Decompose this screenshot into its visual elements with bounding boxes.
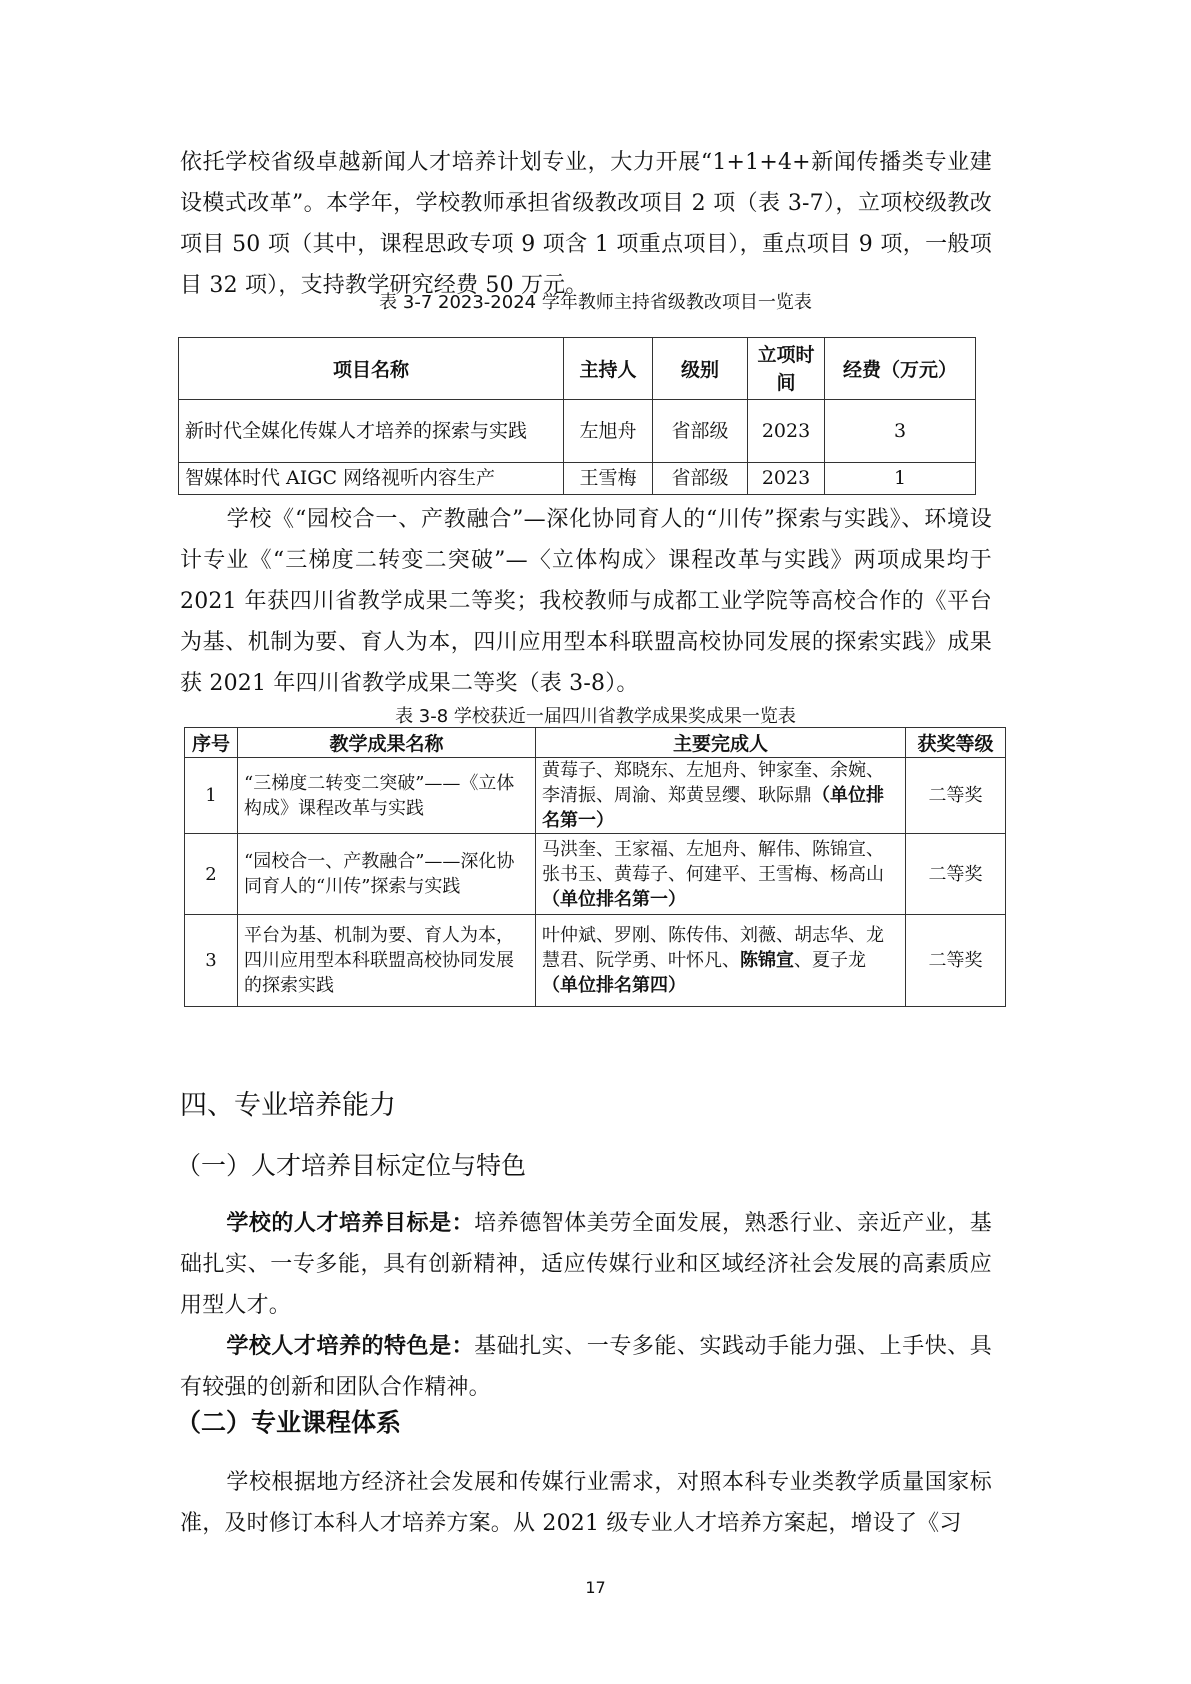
cell-number: 3 <box>185 915 238 1007</box>
table-3-8-caption: 表 3-8 学校获近一届四川省教学成果奖成果一览表 <box>0 702 1191 728</box>
table-3-7: 项目名称 主持人 级别 立项时间 经费（万元） 新时代全媒化传媒人才培养的探索与… <box>178 337 976 495</box>
cell-people: 马洪奎、王家福、左旭舟、解伟、陈锦宣、张书玉、黄莓子、何建平、王雪梅、杨高山（单… <box>536 834 906 915</box>
col-header-title: 教学成果名称 <box>238 728 536 758</box>
table-row: 1 “三梯度二转变二突破”——《立体构成》课程改革与实践 黄莓子、郑晓东、左旭舟… <box>185 758 1006 834</box>
table-header-row: 序号 教学成果名称 主要完成人 获奖等级 <box>185 728 1006 758</box>
cell-project-name: 新时代全媒化传媒人才培养的探索与实践 <box>179 400 564 463</box>
col-header-year: 立项时间 <box>748 338 825 400</box>
col-header-funding: 经费（万元） <box>825 338 976 400</box>
cell-award: 二等奖 <box>906 758 1006 834</box>
achievement-paragraph-text: 学校《“园校合一、产教融合”—深化协同育人的“川传”探索与实践》、环境设计专业《… <box>180 507 992 696</box>
goal-paragraph: 学校的人才培养目标是：培养德智体美劳全面发展，熟悉行业、亲近产业，基础扎实、一专… <box>180 1203 992 1326</box>
col-header-host: 主持人 <box>564 338 653 400</box>
intro-paragraph: 依托学校省级卓越新闻人才培养计划专业，大力开展“1+1+4+新闻传播类专业建设模… <box>180 142 992 306</box>
highlighted-person: 陈锦宣 <box>740 950 794 971</box>
unit-rank: （单位排名第一） <box>542 889 686 910</box>
curriculum-paragraph: 学校根据地方经济社会发展和传媒行业需求，对照本科专业类教学质量国家标准，及时修订… <box>180 1462 992 1544</box>
feature-paragraph: 学校人才培养的特色是：基础扎实、一专多能、实践动手能力强、上手快、具有较强的创新… <box>180 1326 992 1408</box>
col-header-number: 序号 <box>185 728 238 758</box>
feature-label: 学校人才培养的特色是： <box>226 1334 474 1359</box>
cell-year: 2023 <box>748 463 825 495</box>
table-row: 3 平台为基、机制为要、育人为本，四川应用型本科联盟高校协同发展的探索实践 叶仲… <box>185 915 1006 1007</box>
cell-title: “三梯度二转变二突破”——《立体构成》课程改革与实践 <box>238 758 536 834</box>
people-list-tail: 、夏子龙 <box>794 950 866 971</box>
table-header-row: 项目名称 主持人 级别 立项时间 经费（万元） <box>179 338 976 400</box>
goal-label: 学校的人才培养目标是： <box>226 1211 474 1236</box>
table-row: 新时代全媒化传媒人才培养的探索与实践 左旭舟 省部级 2023 3 <box>179 400 976 463</box>
cell-people: 叶仲斌、罗刚、陈传伟、刘薇、胡志华、龙慧君、阮学勇、叶怀凡、陈锦宣、夏子龙（单位… <box>536 915 906 1007</box>
cell-host: 左旭舟 <box>564 400 653 463</box>
document-page: 依托学校省级卓越新闻人才培养计划专业，大力开展“1+1+4+新闻传播类专业建设模… <box>0 0 1191 1684</box>
page-number: 17 <box>0 1578 1191 1597</box>
cell-number: 2 <box>185 834 238 915</box>
cell-project-name: 智媒体时代 AIGC 网络视听内容生产 <box>179 463 564 495</box>
intro-paragraph-text: 依托学校省级卓越新闻人才培养计划专业，大力开展“1+1+4+新闻传播类专业建设模… <box>180 150 992 298</box>
achievement-paragraph: 学校《“园校合一、产教融合”—深化协同育人的“川传”探索与实践》、环境设计专业《… <box>180 499 992 704</box>
unit-rank: （单位排名第四） <box>542 975 686 996</box>
table-3-8: 序号 教学成果名称 主要完成人 获奖等级 1 “三梯度二转变二突破”——《立体构… <box>184 727 1006 1007</box>
cell-host: 王雪梅 <box>564 463 653 495</box>
col-header-level: 级别 <box>653 338 748 400</box>
table-row: 2 “园校合一、产教融合”——深化协同育人的“川传”探索与实践 马洪奎、王家福、… <box>185 834 1006 915</box>
cell-title: 平台为基、机制为要、育人为本，四川应用型本科联盟高校协同发展的探索实践 <box>238 915 536 1007</box>
cell-award: 二等奖 <box>906 834 1006 915</box>
cell-title: “园校合一、产教融合”——深化协同育人的“川传”探索与实践 <box>238 834 536 915</box>
col-header-project-name: 项目名称 <box>179 338 564 400</box>
cell-funding: 3 <box>825 400 976 463</box>
cell-award: 二等奖 <box>906 915 1006 1007</box>
col-header-people: 主要完成人 <box>536 728 906 758</box>
cell-year: 2023 <box>748 400 825 463</box>
cell-level: 省部级 <box>653 400 748 463</box>
subsection-2-title: （二）专业课程体系 <box>176 1403 401 1439</box>
cell-funding: 1 <box>825 463 976 495</box>
table-3-7-caption: 表 3-7 2023-2024 学年教师主持省级教改项目一览表 <box>0 288 1191 314</box>
cell-people: 黄莓子、郑晓东、左旭舟、钟家奎、余婉、李清振、周渝、郑黄昱缨、耿际鼎（单位排名第… <box>536 758 906 834</box>
section-4-title: 四、专业培养能力 <box>180 1083 396 1122</box>
col-header-award: 获奖等级 <box>906 728 1006 758</box>
table-row: 智媒体时代 AIGC 网络视听内容生产 王雪梅 省部级 2023 1 <box>179 463 976 495</box>
people-list: 马洪奎、王家福、左旭舟、解伟、陈锦宣、张书玉、黄莓子、何建平、王雪梅、杨高山 <box>542 839 884 885</box>
subsection-1-title: （一）人才培养目标定位与特色 <box>176 1146 526 1182</box>
cell-number: 1 <box>185 758 238 834</box>
curriculum-text: 学校根据地方经济社会发展和传媒行业需求，对照本科专业类教学质量国家标准，及时修订… <box>180 1470 992 1536</box>
cell-level: 省部级 <box>653 463 748 495</box>
